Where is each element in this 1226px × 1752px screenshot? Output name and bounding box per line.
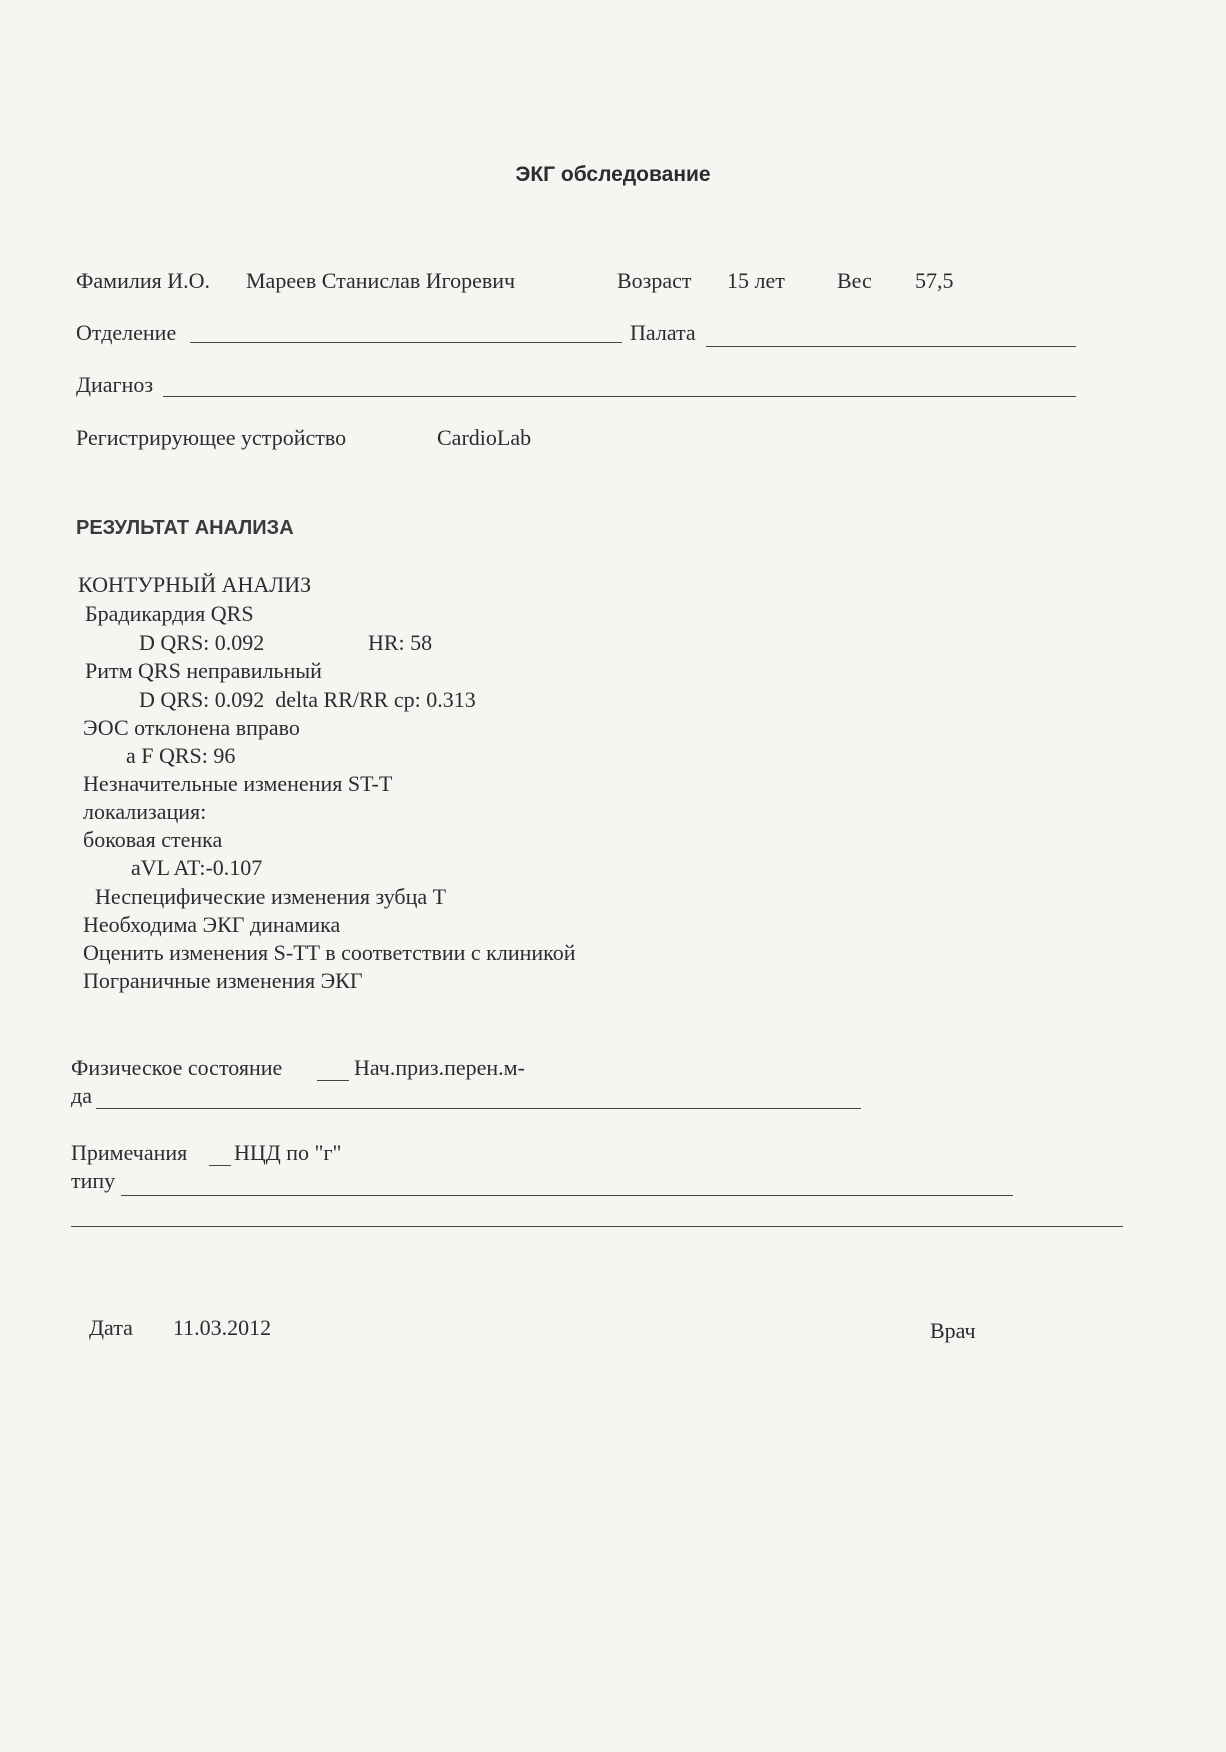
department-label: Отделение — [76, 320, 176, 346]
results-heading: РЕЗУЛЬТАТ АНАЛИЗА — [76, 517, 294, 540]
patient-name: Мареев Станислав Игоревич — [246, 268, 515, 294]
analysis-heading: КОНТУРНЫЙ АНАЛИЗ — [78, 572, 311, 598]
notes-label: Примечания — [71, 1140, 187, 1166]
physical-state-label: Физическое состояние — [71, 1055, 282, 1081]
analysis-line: Брадикардия QRS — [85, 601, 254, 627]
analysis-line: Пограничные изменения ЭКГ — [83, 968, 363, 994]
ward-field[interactable] — [706, 346, 1076, 347]
analysis-line: Неспецифические изменения зубца T — [95, 884, 446, 910]
analysis-line: D QRS: 0.092 delta RR/RR ср: 0.313 — [139, 687, 476, 713]
diagnosis-field[interactable] — [163, 396, 1076, 397]
notes-value[interactable]: НЦД по "г" — [234, 1140, 342, 1166]
physical-state-value[interactable]: Нач.приз.перен.м- — [354, 1055, 525, 1081]
notes-underline — [209, 1165, 231, 1166]
analysis-line: HR: 58 — [368, 630, 432, 656]
notes-field-line-2[interactable] — [71, 1226, 1123, 1227]
department-field[interactable] — [190, 342, 622, 343]
weight-label: Вес — [837, 268, 872, 294]
age-label: Возраст — [617, 268, 692, 294]
analysis-line: боковая стенка — [83, 827, 222, 853]
analysis-line: Незначительные изменения ST-T — [83, 771, 392, 797]
device-value: CardioLab — [437, 425, 531, 451]
analysis-line: ЭОС отклонена вправо — [83, 715, 300, 741]
patient-weight: 57,5 — [915, 268, 954, 294]
physical-state-field-line — [96, 1108, 861, 1109]
date-label: Дата — [89, 1315, 133, 1341]
analysis-line: a F QRS: 96 — [126, 743, 235, 769]
ward-label: Палата — [630, 320, 696, 346]
device-label: Регистрирующее устройство — [76, 425, 346, 451]
name-label: Фамилия И.О. — [76, 268, 210, 294]
doctor-label: Врач — [930, 1318, 976, 1344]
diagnosis-label: Диагноз — [76, 372, 153, 398]
analysis-line: Ритм QRS неправильный — [85, 658, 322, 684]
physical-state-cont: да — [71, 1083, 92, 1109]
analysis-line: D QRS: 0.092 — [139, 630, 264, 656]
notes-cont: типу — [71, 1168, 115, 1194]
date-value: 11.03.2012 — [173, 1315, 271, 1341]
analysis-line: локализация: — [83, 799, 206, 825]
document-title: ЭКГ обследование — [0, 163, 1226, 187]
analysis-line: Необходима ЭКГ динамика — [83, 912, 340, 938]
analysis-line: aVL AT:-0.107 — [131, 855, 262, 881]
notes-field-line-1[interactable] — [121, 1195, 1013, 1196]
patient-age: 15 лет — [727, 268, 785, 294]
physical-state-underline — [317, 1080, 349, 1081]
analysis-line: Оценить изменения S-TT в соответствии с … — [83, 940, 576, 966]
